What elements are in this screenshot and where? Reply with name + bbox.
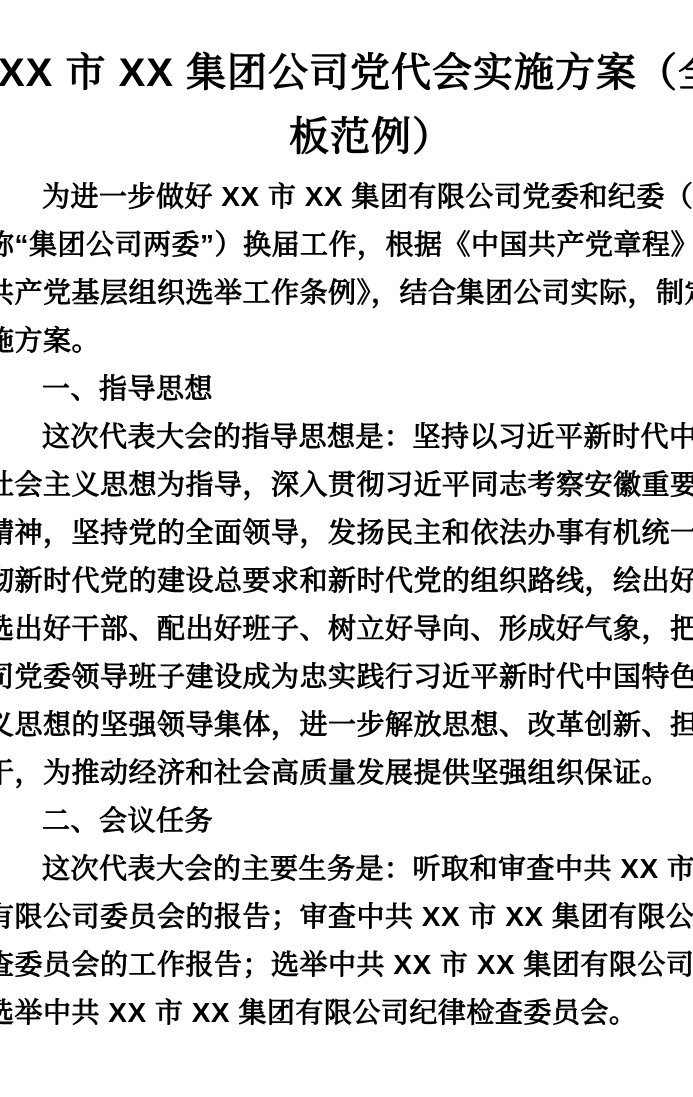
paragraph-line: 社会主义思想为指导，深入贯彻习近平同志考察安徽重要指示 bbox=[0, 461, 693, 509]
paragraph-line: 施方案。 bbox=[0, 317, 693, 365]
paragraph-line: 查委员会的工作报告；选举中共 XX 市 XX 集团有限公司委员会； bbox=[0, 941, 693, 989]
document-page: XX 市 XX 集团公司党代会实施方案（全过程模 板范例） 为进一步做好 XX … bbox=[0, 0, 693, 1037]
paragraph-line: 这次代表大会的主要生务是：听取和审查中共 XX 市 XX 集团 bbox=[0, 845, 693, 893]
document-viewport: XX 市 XX 集团公司党代会实施方案（全过程模 板范例） 为进一步做好 XX … bbox=[0, 0, 693, 1097]
paragraph-line: 为进一步做好 XX 市 XX 集团有限公司党委和纪委（以下简 bbox=[0, 173, 693, 221]
paragraph-line: 干，为推动经济和社会高质量发展提供坚强组织保证。 bbox=[0, 749, 693, 797]
paragraph-line: 彻新时代党的建设总要求和新时代党的组织路线，绘出好蓝图、 bbox=[0, 557, 693, 605]
paragraph-line: 有限公司委员会的报告；审查中共 XX 市 XX 集团有限公司纪律 bbox=[0, 893, 693, 941]
paragraph-line: 这次代表大会的指导思想是：坚持以习近平新时代中国特色 bbox=[0, 413, 693, 461]
section-heading-1: 一、指导思想 bbox=[0, 365, 693, 413]
paragraph-line: 司党委领导班子建设成为忠实践行习近平新时代中国特色社会主 bbox=[0, 653, 693, 701]
paragraph-line: 选出好干部、配出好班子、树立好导向、形成好气象，把集团公 bbox=[0, 605, 693, 653]
section-heading-2: 二、会议任务 bbox=[0, 797, 693, 845]
paragraph-line: 称“集团公司两委”）换届工作，根据《中国共产党章程》《中国 bbox=[0, 221, 693, 269]
paragraph-line: 精神，坚持党的全面领导，发扬民主和依法办事有机统一，贯 bbox=[0, 509, 693, 557]
paragraph-line: 选举中共 XX 市 XX 集团有限公司纪律检查委员会。 bbox=[0, 989, 693, 1037]
document-body: 为进一步做好 XX 市 XX 集团有限公司党委和纪委（以下简 称“集团公司两委”… bbox=[0, 173, 693, 1037]
paragraph-line: 共产党基层组织选举工作条例》，结合集团公司实际，制定本实 bbox=[0, 269, 693, 317]
paragraph-line: 义思想的坚强领导集体，进一步解放思想、改革创新、担当实 bbox=[0, 701, 693, 749]
title-line-2: 板范例） bbox=[0, 105, 693, 169]
title-line-1: XX 市 XX 集团公司党代会实施方案（全过程模 bbox=[0, 41, 693, 105]
document-title: XX 市 XX 集团公司党代会实施方案（全过程模 板范例） bbox=[0, 0, 693, 169]
